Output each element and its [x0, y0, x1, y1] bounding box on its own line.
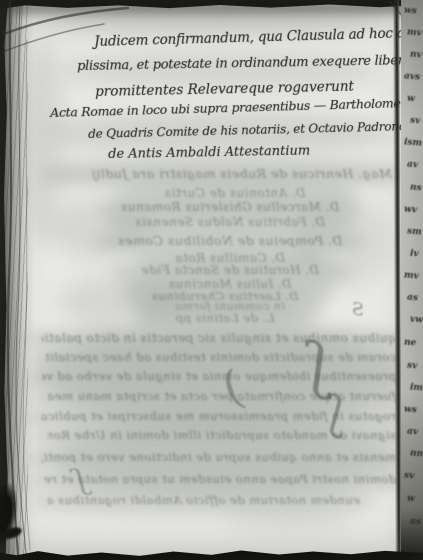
adjacent-pages-edge-strip: wsmvnvavswsvismavnswvsmivmvasvwnesvimwsa…: [401, 0, 423, 560]
bleedthrough-line: eundem notarium de officio Ambaldi rogan…: [48, 493, 360, 509]
fore-edge-mark: ns: [410, 183, 422, 194]
bleedthrough-line: rogatus in fidem praemissorum me subscri…: [42, 409, 396, 425]
manuscript-line: de Antis Ambaldi Attestantium: [108, 143, 310, 162]
fore-edge-mark: as: [410, 517, 422, 528]
page: Judicem confirmandum, qua Clausula ad ho…: [0, 0, 423, 560]
fore-edge-mark: avs: [404, 71, 421, 82]
bleedthrough-line-text: D. Fabritius Naldus Senensis: [120, 215, 340, 229]
bleedthrough-line-text: Mag. Henricus de Rubeis magistri ara Jud…: [58, 166, 392, 181]
bleedthrough-line-text: eundem notarium de officio Ambaldi rogan…: [48, 493, 360, 507]
bleedthrough-line-text: D. Pompeius de Nobilibus Comes: [110, 233, 350, 248]
manuscript-scan: Judicem confirmandum, qua Clausula ad ho…: [0, 0, 423, 560]
fore-edge-mark: ism: [404, 137, 423, 148]
bleedthrough-line: quibus omnibus et singulis sic peractis …: [42, 331, 396, 347]
fore-edge-mark: av: [407, 427, 419, 438]
fore-edge-mark: as: [407, 293, 419, 304]
fore-edge-mark: nm: [410, 448, 423, 459]
fore-edge-mark: ws: [404, 6, 417, 17]
fore-edge-mark: nv: [410, 50, 422, 61]
fore-edge-mark: av: [407, 160, 419, 171]
fore-edge-mark: w: [407, 494, 415, 505]
bleed-flourish: s: [350, 294, 367, 320]
fore-edge-mark: ws: [404, 405, 417, 416]
bleedthrough-line-text: mensis et anno quibus supra de indiction…: [42, 450, 396, 464]
fore-edge-mark: sm: [407, 227, 422, 238]
fore-edge-mark: ne: [404, 338, 417, 349]
bleedthrough-line: signavi de mandato supradicti illmi domi…: [48, 428, 396, 444]
fore-edge-mark: wv: [404, 205, 418, 216]
fore-edge-mark: w: [407, 94, 415, 105]
bleedthrough-line-text: signavi de mandato supradicti illmi domi…: [48, 428, 396, 442]
fore-edge-mark: sv: [410, 116, 421, 127]
bleedthrough-line: praesentibus ibidemque omnia et singula …: [42, 369, 396, 385]
bleedthrough-line: domini nostri Papae anno eiusdem ut supr…: [44, 472, 396, 488]
bleedthrough-line-text: quibus omnibus et singulis sic peractis …: [42, 331, 396, 345]
fore-edge-mark: vw: [410, 315, 423, 326]
bleedthrough-line: L. de Latinis pp: [150, 311, 300, 327]
fore-edge-mark: iv: [410, 249, 419, 260]
fore-edge-mark: sv: [407, 361, 418, 372]
bleedthrough-line-text: L. de Latinis pp: [150, 311, 300, 325]
bleedthrough-line-text: praesentibus ibidemque omnia et singula …: [42, 369, 396, 383]
fore-edge-mark: mv: [404, 270, 419, 281]
fore-edge-mark: mv: [407, 27, 422, 38]
bleedthrough-line-text: rogatus in fidem praemissorum me subscri…: [42, 409, 396, 423]
fore-edge-mark: sv: [404, 471, 415, 482]
fore-edge-mark: im: [410, 383, 423, 394]
bleedthrough-line: Mag. Henricus de Rubeis magistri ara Jud…: [58, 166, 392, 182]
bleedthrough-line: mensis et anno quibus supra de indiction…: [42, 450, 396, 466]
bleedthrough-line-text: domini nostri Papae anno eiusdem ut supr…: [44, 472, 396, 486]
